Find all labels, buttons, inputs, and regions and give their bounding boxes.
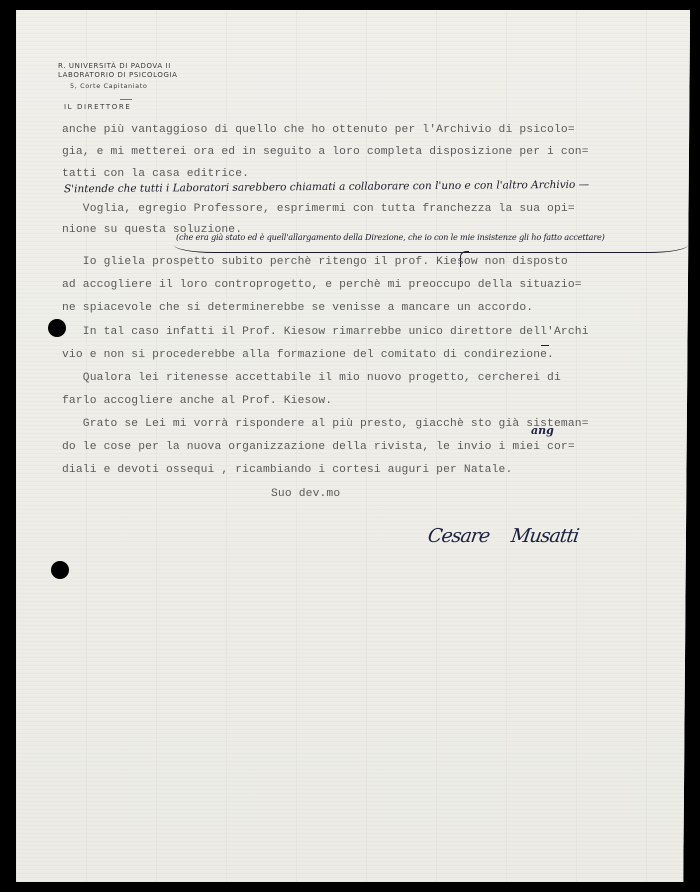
typed-line: Grato se Lei mi vorrà rispondere al più … [62, 418, 589, 430]
punch-hole [51, 561, 69, 579]
typed-line: farlo accogliere anche al Prof. Kiesow. [62, 395, 332, 407]
scanned-page: R. UNIVERSITÀ DI PADOVA II LABORATORIO D… [0, 0, 700, 892]
typed-line: Io gliela prospetto subito perchè riteng… [62, 256, 568, 268]
handwritten-annotation: (che era già stato ed è quell'allargamen… [176, 232, 605, 242]
letterhead-university: R. UNIVERSITÀ DI PADOVA II [58, 62, 171, 70]
signature-first-name: Cesare [426, 525, 490, 547]
typed-line: ne spiacevole che si determinerebbe se v… [62, 302, 533, 314]
punch-hole [48, 319, 66, 337]
handwritten-bracket [174, 244, 688, 253]
letterhead: R. UNIVERSITÀ DI PADOVA II LABORATORIO D… [58, 62, 178, 100]
typed-line: do le cose per la nuova organizzazione d… [62, 441, 575, 453]
typed-line: gia, e mi metterei ora ed in seguito a l… [62, 146, 589, 158]
typed-line: vio e non si procederebbe alla formazion… [62, 349, 554, 361]
letterhead-divider [120, 99, 132, 100]
handwritten-underline [541, 345, 549, 346]
letterhead-laboratory: LABORATORIO DI PSICOLOGIA [58, 71, 178, 79]
typed-line: anche più vantaggioso di quello che ho o… [62, 124, 575, 136]
letterhead-address: 5, Corte Capitaniato [70, 82, 178, 91]
typed-line: tatti con la casa editrice. [62, 168, 249, 180]
signature-last-name: Musatti [510, 525, 580, 547]
office-title: IL DIRETTORE [64, 103, 131, 111]
typed-line: Qualora lei ritenesse accettabile il mio… [62, 372, 561, 384]
typed-line: diali e devoti ossequi , ricambiando i c… [62, 464, 512, 476]
closing-salutation: Suo dev.mo [271, 488, 340, 500]
typed-line: ad accogliere il loro controprogetto, e … [62, 279, 582, 291]
signature: CesareMusatti [426, 525, 601, 547]
typed-line: Voglia, egregio Professore, esprimermi c… [62, 203, 575, 215]
typed-line: In tal caso infatti il Prof. Kiesow rima… [62, 326, 589, 338]
handwritten-correction: ang [531, 424, 554, 437]
